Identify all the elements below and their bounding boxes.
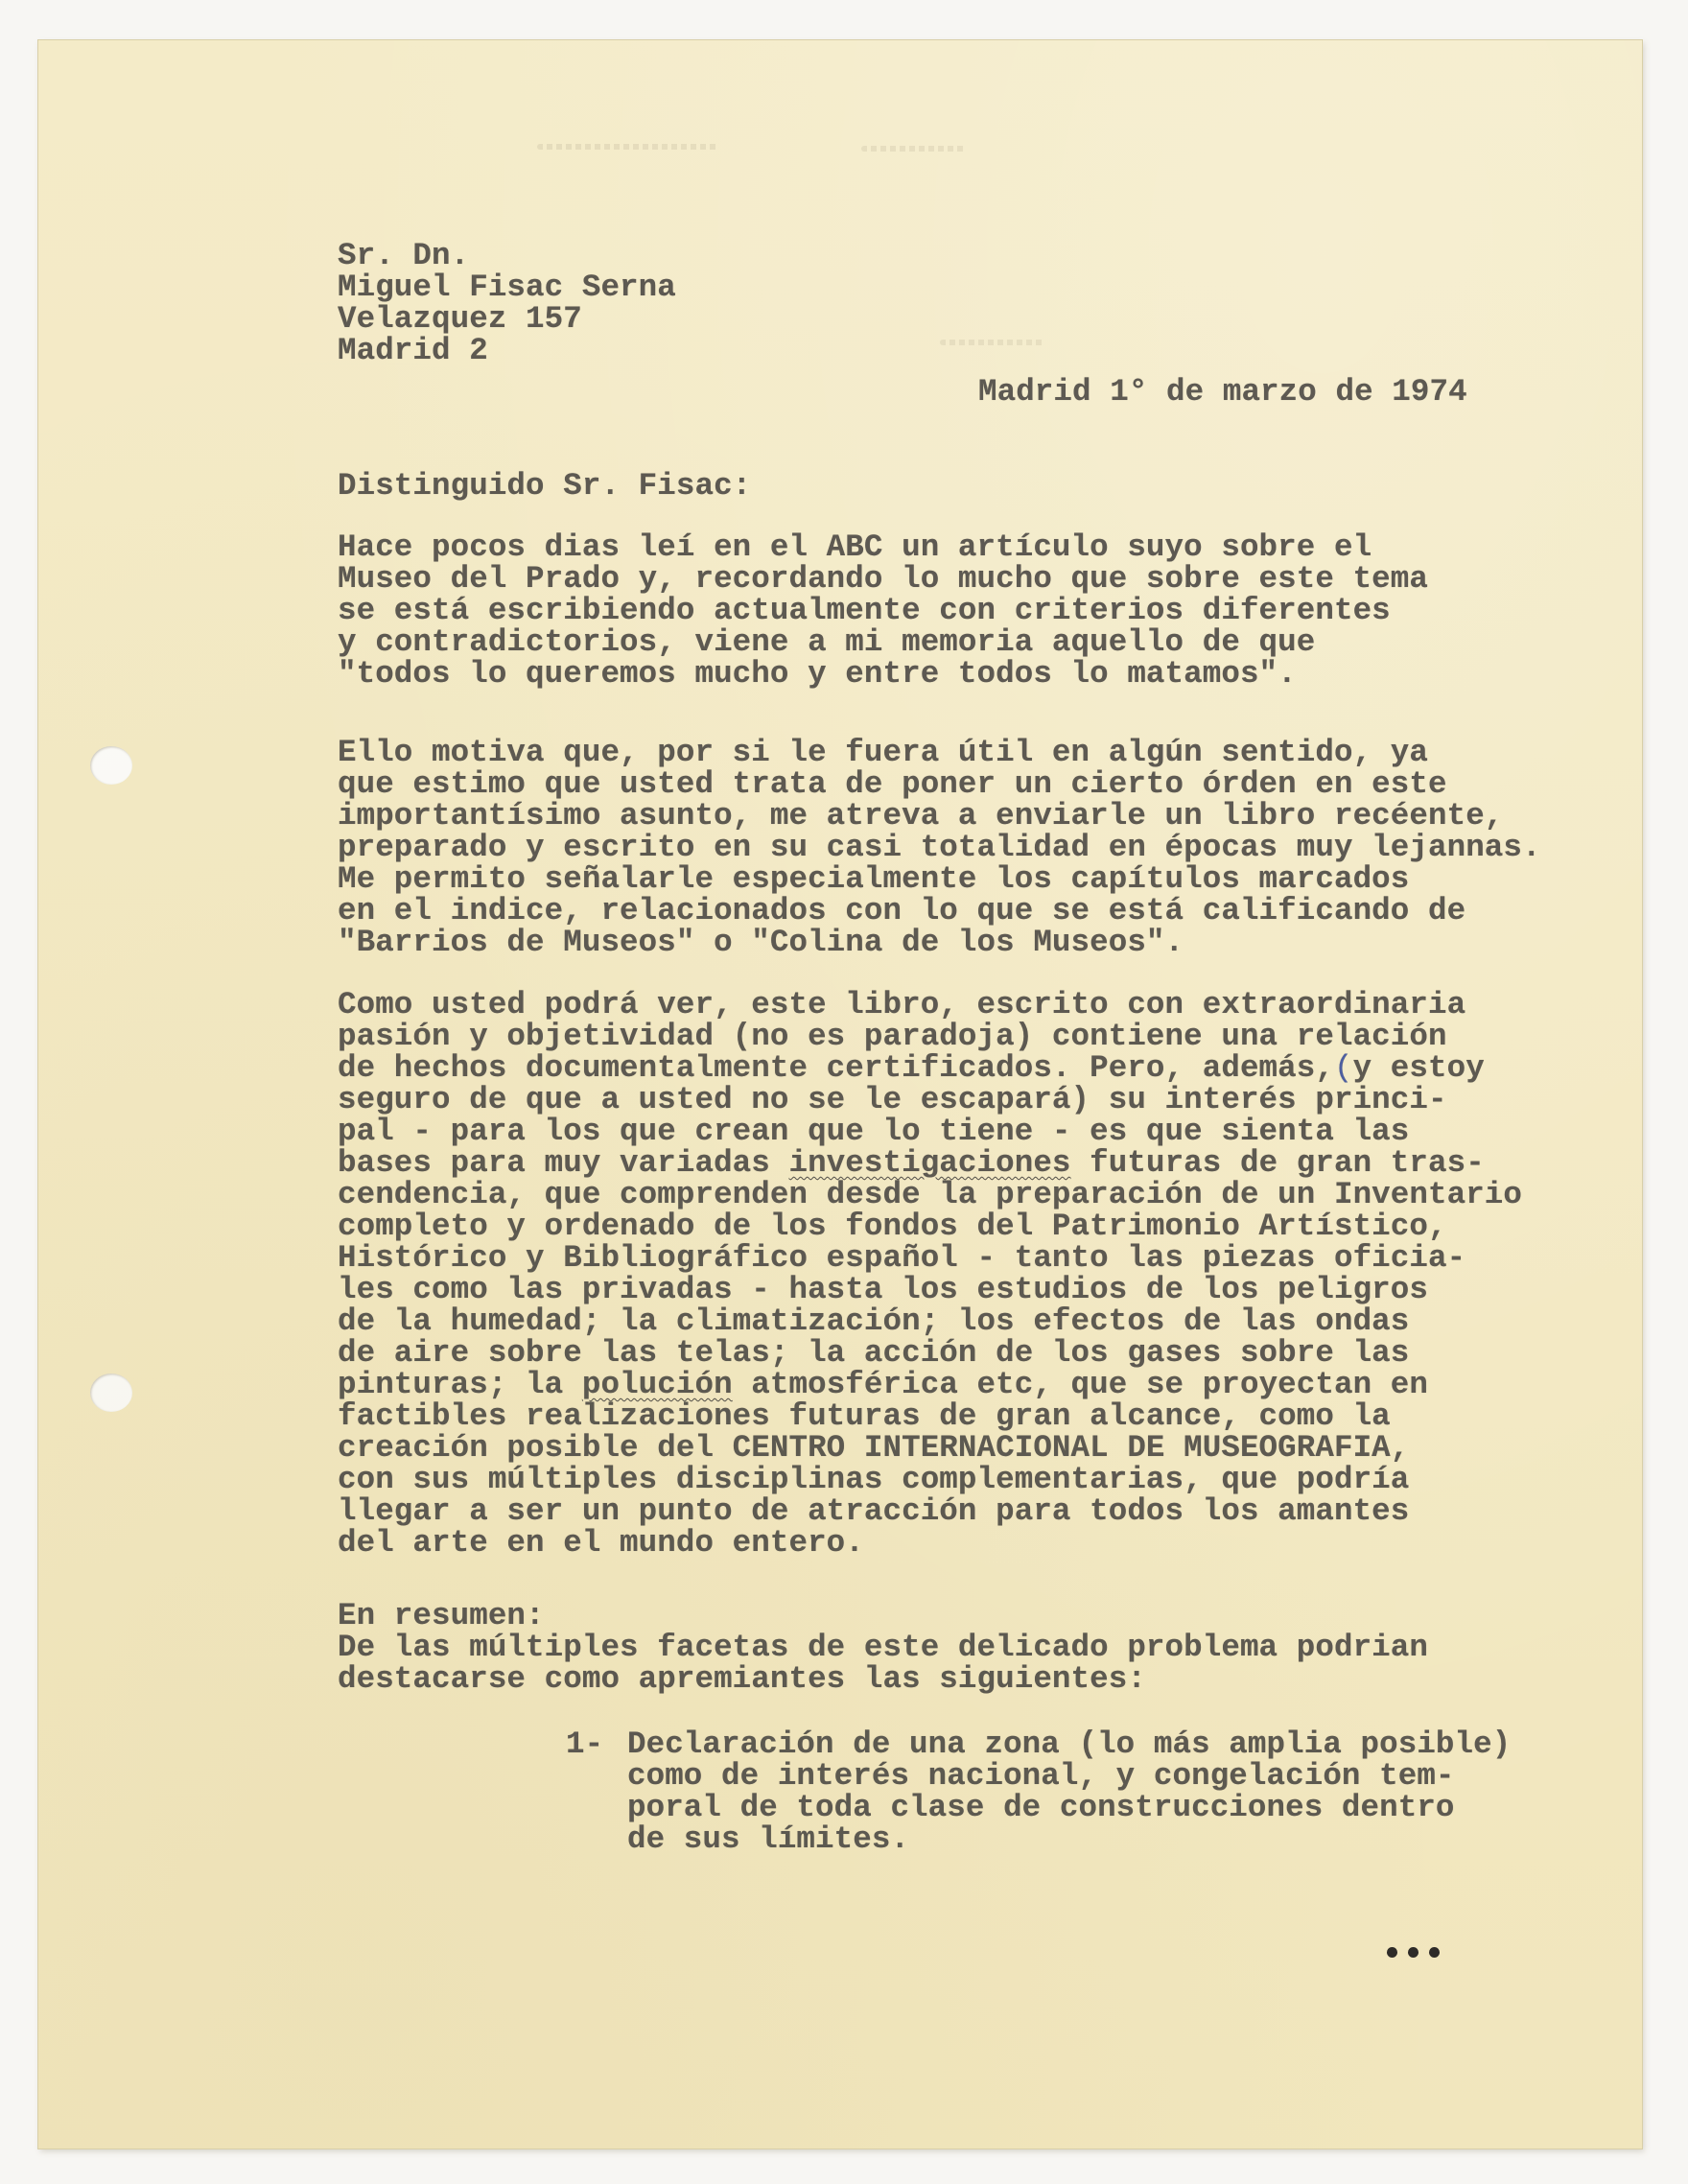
- line-tail: y estoy: [1353, 1050, 1485, 1086]
- paragraph-line: les como las privadas - hasta los estudi…: [338, 1274, 1522, 1305]
- line-tail: atmosférica etc, que se proyectan en: [733, 1367, 1428, 1402]
- paragraph-line: importantísimo asunto, me atreva a envia…: [338, 800, 1541, 832]
- paragraph-line: pasión y objetividad (no es paradoja) co…: [338, 1021, 1522, 1052]
- paragraph-line: preparado y escrito en su casi totalidad…: [338, 832, 1541, 863]
- paragraph-line: llegar a ser un punto de atracción para …: [338, 1495, 1522, 1527]
- paragraph-line: del arte en el mundo entero.: [338, 1527, 1522, 1559]
- list-item-line: como de interés nacional, y congelación …: [627, 1760, 1511, 1792]
- underlined-word: polución: [582, 1367, 733, 1402]
- continuation-ellipsis: [1387, 1947, 1440, 1958]
- line-tail: futuras de gran tras-: [1071, 1145, 1485, 1181]
- paragraph-line: que estimo que usted trata de poner un c…: [338, 768, 1541, 800]
- recipient-honorific: Sr. Dn.: [338, 240, 676, 271]
- line-text: bases para muy variadas: [338, 1145, 770, 1181]
- paragraph-3: Como usted podrá ver, este libro, escrit…: [338, 989, 1522, 1559]
- handwritten-parenthesis-insert: (: [1334, 1050, 1353, 1086]
- paragraph-line: Me permito señalarle especialmente los c…: [338, 863, 1541, 895]
- paragraph-line: bases para muy variadas investigaciones …: [338, 1147, 1522, 1179]
- paragraph-line: en el indice, relacionados con lo que se…: [338, 895, 1541, 927]
- paragraph-line: Museo del Prado y, recordando lo mucho q…: [338, 563, 1428, 595]
- paragraph-line: factibles realizaciones futuras de gran …: [338, 1400, 1522, 1432]
- salutation: Distinguido Sr. Fisac:: [338, 470, 751, 502]
- recipient-street: Velazquez 157: [338, 303, 676, 335]
- bleed-through-mark: [537, 144, 719, 150]
- list-item-number: 1-: [566, 1728, 603, 1760]
- underlined-word: investigaciones: [788, 1145, 1070, 1181]
- line-text: de hechos documentalmente certificados. …: [338, 1050, 1334, 1086]
- paragraph-2: Ello motiva que, por si le fuera útil en…: [338, 737, 1541, 958]
- paragraph-line: "Barrios de Museos" o "Colina de los Mus…: [338, 927, 1541, 958]
- summary-intro: En resumen: De las múltiples facetas de …: [338, 1600, 1428, 1695]
- list-item-line: poral de toda clase de construcciones de…: [627, 1792, 1511, 1823]
- list-item-line: Declaración de una zona (lo más amplia p…: [627, 1728, 1511, 1760]
- recipient-name: Miguel Fisac Serna: [338, 271, 676, 303]
- ellipsis-dot: [1429, 1947, 1440, 1958]
- paragraph-line: con sus múltiples disciplinas complement…: [338, 1464, 1522, 1495]
- recipient-city: Madrid 2: [338, 335, 676, 366]
- paragraph-line: De las múltiples facetas de este delicad…: [338, 1632, 1428, 1663]
- bleed-through-mark: [861, 146, 967, 152]
- paragraph-1: Hace pocos dias leí en el ABC un artícul…: [338, 531, 1428, 690]
- paragraph-line: seguro de que a usted no se le escapará)…: [338, 1084, 1522, 1115]
- recipient-address: Sr. Dn. Miguel Fisac Serna Velazquez 157…: [338, 240, 676, 366]
- ellipsis-dot: [1408, 1947, 1418, 1958]
- paragraph-line: de hechos documentalmente certificados. …: [338, 1052, 1522, 1084]
- letter-date: Madrid 1° de marzo de 1974: [978, 376, 1467, 408]
- paragraph-line: Histórico y Bibliográfico español - tant…: [338, 1242, 1522, 1274]
- list-item: Declaración de una zona (lo más amplia p…: [627, 1728, 1511, 1855]
- paragraph-line: Como usted podrá ver, este libro, escrit…: [338, 989, 1522, 1021]
- paragraph-line: destacarse como apremiantes las siguient…: [338, 1663, 1428, 1695]
- punch-hole-top: [90, 746, 132, 785]
- ellipsis-dot: [1387, 1947, 1397, 1958]
- paragraph-line: y contradictorios, viene a mi memoria aq…: [338, 626, 1428, 658]
- paragraph-line: de aire sobre las telas; la acción de lo…: [338, 1337, 1522, 1369]
- paragraph-line: pinturas; la polución atmosférica etc, q…: [338, 1369, 1522, 1400]
- paragraph-line: Hace pocos dias leí en el ABC un artícul…: [338, 531, 1428, 563]
- paragraph-line: se está escribiendo actualmente con crit…: [338, 595, 1428, 626]
- paragraph-line: "todos lo queremos mucho y entre todos l…: [338, 658, 1428, 690]
- paragraph-line: pal - para los que crean que lo tiene - …: [338, 1115, 1522, 1147]
- punch-hole-bottom: [90, 1374, 132, 1412]
- paragraph-line: de la humedad; la climatización; los efe…: [338, 1305, 1522, 1337]
- bleed-through-mark: [940, 340, 1045, 345]
- paragraph-line: cendencia, que comprenden desde la prepa…: [338, 1179, 1522, 1210]
- paragraph-line: creación posible del CENTRO INTERNACIONA…: [338, 1432, 1522, 1464]
- line-text: pinturas; la: [338, 1367, 563, 1402]
- summary-heading: En resumen:: [338, 1600, 1428, 1632]
- paragraph-line: completo y ordenado de los fondos del Pa…: [338, 1210, 1522, 1242]
- paragraph-line: Ello motiva que, por si le fuera útil en…: [338, 737, 1541, 768]
- list-item-line: de sus límites.: [627, 1823, 1511, 1855]
